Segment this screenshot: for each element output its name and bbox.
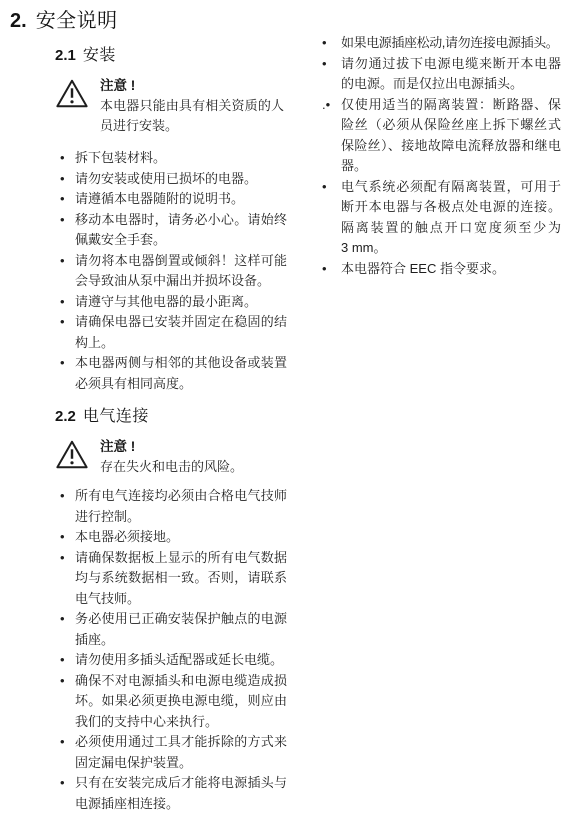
bullet-text: 请勿通过拔下电源电缆来断开本电器的电源。而是仅拉出电源插头。 (341, 56, 561, 92)
list-item: .•仅使用适当的隔离装置：断路器、保险丝（必须从保险丝座上拆下螺丝式保险丝）、接… (322, 95, 561, 177)
warning-box-installation: 注意 ! 本电器只能由具有相关资质的人员进行安装。 (55, 76, 287, 136)
bullet-marker: • (60, 527, 65, 548)
list-item: •本电器两侧与相邻的其他设备或装置必须具有相同高度。 (55, 353, 287, 394)
bullet-text: 本电器两侧与相邻的其他设备或装置必须具有相同高度。 (75, 355, 287, 391)
section-title: 电气连接 (83, 408, 149, 425)
section-number: 2.1 (55, 47, 76, 64)
warning-body: 注意 ! 存在失火和电击的风险。 (100, 437, 284, 477)
bullet-text: 本电器必须接地。 (75, 529, 179, 544)
bullet-marker: • (60, 169, 65, 190)
list-item: •请确保电器已安装并固定在稳固的结构上。 (55, 312, 287, 353)
list-item: •必须使用通过工具才能拆除的方式来固定漏电保护装置。 (55, 732, 287, 773)
bullet-marker: • (60, 210, 65, 231)
warning-triangle-icon (55, 439, 89, 470)
bullet-text: 请确保数据板上显示的所有电气数据均与系统数据相一致。否则，请联系电气技师。 (75, 550, 287, 606)
page-title-number: 2. (10, 10, 27, 32)
list-item: •请遵循本电器随附的说明书。 (55, 189, 287, 210)
list-item: •请勿通过拔下电源电缆来断开本电器的电源。而是仅拉出电源插头。 (322, 54, 561, 95)
bullet-marker: .• (322, 95, 330, 116)
bullet-text: 本电器符合 EEC 指令要求。 (341, 261, 505, 276)
section-number: 2.2 (55, 408, 76, 425)
page: 2.安全说明 2.1安装 注意 ! 本电器只能由具有相关资质的人员进行安装。 •… (0, 0, 568, 819)
bullet-text: 仅使用适当的隔离装置：断路器、保险丝（必须从保险丝座上拆下螺丝式保险丝）、接地故… (341, 97, 561, 174)
bullet-marker: • (60, 486, 65, 507)
bullet-list-installation: •拆下包装材料。 •请勿安装或使用已损坏的电器。 •请遵循本电器随附的说明书。 … (55, 148, 287, 394)
bullet-text: 所有电气连接均必须由合格电气技师进行控制。 (75, 488, 287, 524)
bullet-marker: • (322, 54, 327, 75)
bullet-text: 移动本电器时，请务必小心。请始终佩戴安全手套。 (75, 212, 287, 248)
bullet-marker: • (60, 148, 65, 169)
bullet-text: 请遵循本电器随附的说明书。 (75, 191, 244, 206)
bullet-marker: • (322, 177, 327, 198)
bullet-text: 拆下包装材料。 (75, 150, 166, 165)
warning-text: 本电器只能由具有相关资质的人员进行安装。 (100, 96, 284, 136)
bullet-text: 如果电源插座松动,请勿连接电源插头。 (341, 35, 558, 50)
bullet-text: 请遵守与其他电器的最小距离。 (75, 294, 257, 309)
warning-triangle-icon (55, 78, 89, 109)
bullet-marker: • (60, 609, 65, 630)
bullet-text: 请确保电器已安装并固定在稳固的结构上。 (75, 314, 287, 350)
list-item: •所有电气连接均必须由合格电气技师进行控制。 (55, 486, 287, 527)
list-item: •如果电源插座松动,请勿连接电源插头。 (322, 33, 561, 54)
bullet-marker: • (60, 292, 65, 313)
bullet-list-electrical-continued: •如果电源插座松动,请勿连接电源插头。 •请勿通过拔下电源电缆来断开本电器的电源… (322, 33, 561, 279)
bullet-text: 电气系统必须配有隔离装置，可用于断开本电器与各极点处电源的连接。隔离装置的触点开… (341, 179, 561, 256)
bullet-marker: • (60, 251, 65, 272)
bullet-marker: • (60, 732, 65, 753)
bullet-marker: • (60, 671, 65, 692)
list-item: •请确保数据板上显示的所有电气数据均与系统数据相一致。否则，请联系电气技师。 (55, 548, 287, 610)
list-item: •确保不对电源插头和电源电缆造成损坏。如果必须更换电源电缆，则应由我们的支持中心… (55, 671, 287, 733)
bullet-text: 只有在安装完成后才能将电源插头与电源插座相连接。 (75, 775, 287, 811)
list-item: •移动本电器时，请务必小心。请始终佩戴安全手套。 (55, 210, 287, 251)
bullet-marker: • (60, 548, 65, 569)
list-item: •本电器符合 EEC 指令要求。 (322, 259, 561, 280)
list-item: •电气系统必须配有隔离装置，可用于断开本电器与各极点处电源的连接。隔离装置的触点… (322, 177, 561, 259)
bullet-marker: • (60, 312, 65, 333)
list-item: •请勿安装或使用已损坏的电器。 (55, 169, 287, 190)
bullet-text: 确保不对电源插头和电源电缆造成损坏。如果必须更换电源电缆，则应由我们的支持中心来… (75, 673, 287, 729)
left-column: 2.1安装 注意 ! 本电器只能由具有相关资质的人员进行安装。 •拆下包装材料。… (55, 0, 287, 814)
section-title: 安装 (83, 47, 116, 64)
bullet-text: 请勿使用多插头适配器或延长电缆。 (75, 652, 283, 667)
warning-box-electrical: 注意 ! 存在失火和电击的风险。 (55, 437, 287, 477)
list-item: •请勿使用多插头适配器或延长电缆。 (55, 650, 287, 671)
bullet-text: 必须使用通过工具才能拆除的方式来固定漏电保护装置。 (75, 734, 287, 770)
list-item: •本电器必须接地。 (55, 527, 287, 548)
warning-label: 注意 ! (100, 76, 284, 96)
list-item: •请勿将本电器倒置或倾斜！这样可能会导致油从泵中漏出并损坏设备。 (55, 251, 287, 292)
bullet-marker: • (60, 773, 65, 794)
warning-text: 存在失火和电击的风险。 (100, 457, 284, 477)
bullet-text: 请勿安装或使用已损坏的电器。 (75, 171, 257, 186)
section-heading-electrical: 2.2电气连接 (55, 407, 287, 427)
list-item: •只有在安装完成后才能将电源插头与电源插座相连接。 (55, 773, 287, 814)
bullet-list-electrical: •所有电气连接均必须由合格电气技师进行控制。 •本电器必须接地。 •请确保数据板… (55, 486, 287, 814)
bullet-marker: • (322, 259, 327, 280)
bullet-marker: • (60, 189, 65, 210)
list-item: •务必使用已正确安装保护触点的电源插座。 (55, 609, 287, 650)
section-heading-installation: 2.1安装 (55, 0, 287, 66)
list-item: •请遵守与其他电器的最小距离。 (55, 292, 287, 313)
bullet-text: 务必使用已正确安装保护触点的电源插座。 (75, 611, 287, 647)
bullet-marker: • (322, 33, 326, 54)
bullet-text: 请勿将本电器倒置或倾斜！这样可能会导致油从泵中漏出并损坏设备。 (75, 253, 287, 289)
right-column: •如果电源插座松动,请勿连接电源插头。 •请勿通过拔下电源电缆来断开本电器的电源… (322, 33, 561, 279)
warning-body: 注意 ! 本电器只能由具有相关资质的人员进行安装。 (100, 76, 284, 136)
list-item: •拆下包装材料。 (55, 148, 287, 169)
bullet-marker: • (60, 353, 65, 374)
bullet-marker: • (60, 650, 65, 671)
warning-label: 注意 ! (100, 437, 284, 457)
